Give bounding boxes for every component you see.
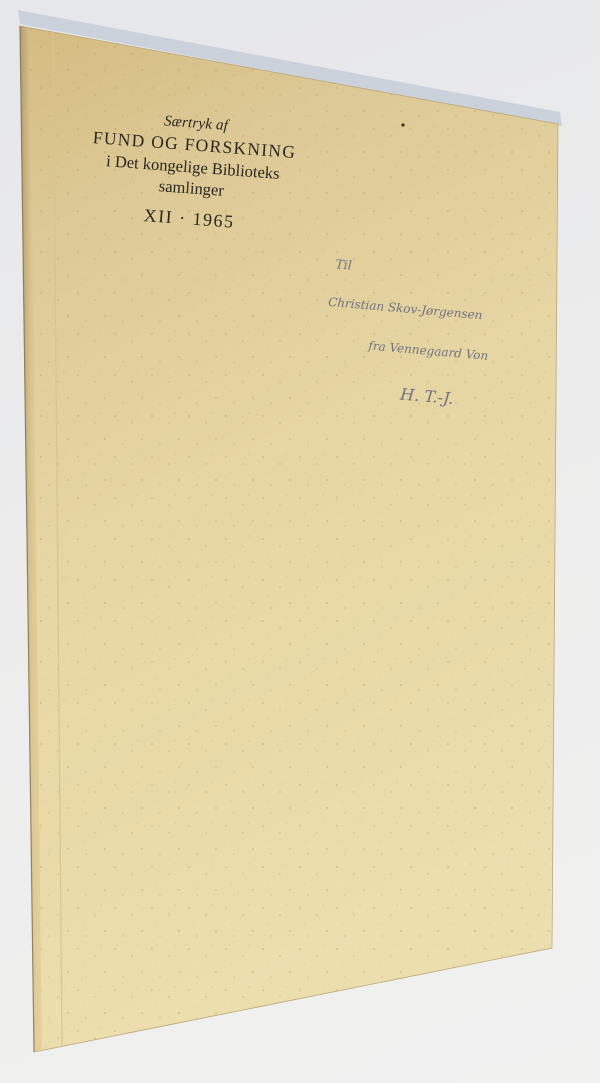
photo-scene: Særtryk af FUND OG FORSKNING i Det konge… xyxy=(0,0,600,1083)
inscription-line1: Til xyxy=(335,258,352,272)
inscription-signature: H. T.-J. xyxy=(400,387,454,408)
cover-title-block: Særtryk af FUND OG FORSKNING i Det konge… xyxy=(84,108,302,237)
